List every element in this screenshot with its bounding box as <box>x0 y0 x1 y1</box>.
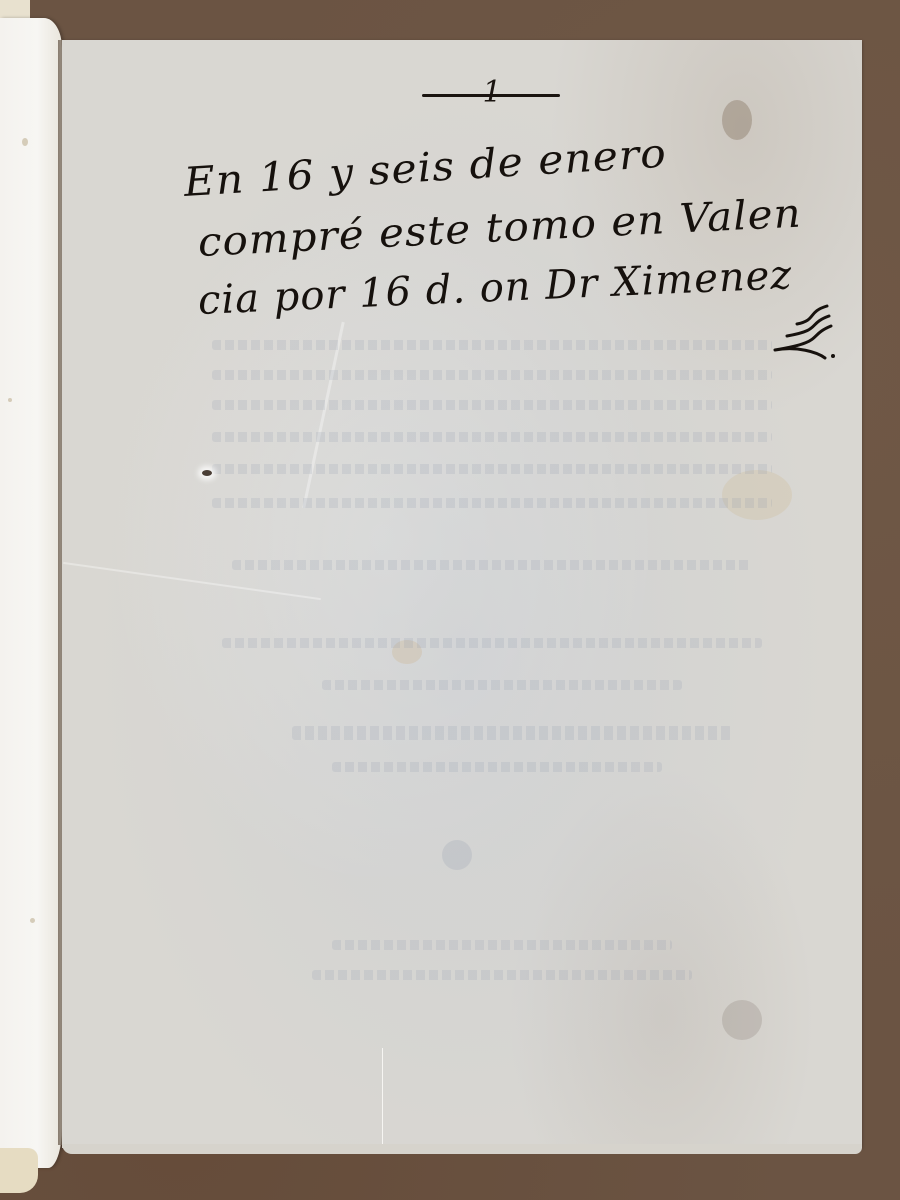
handwritten-line-1: En 16 y seis de enero <box>183 131 668 206</box>
left-page-edge <box>0 18 62 1168</box>
show-through-print-line <box>212 464 772 474</box>
show-through-print-line <box>322 680 682 690</box>
foxing-spot <box>22 138 28 146</box>
foxing-spot <box>30 918 35 923</box>
handwritten-line-3: cia por 16 d. on Dr Ximenez <box>197 252 793 324</box>
folio-number: 1 <box>422 78 562 108</box>
show-through-print-line <box>212 498 772 508</box>
stain <box>722 100 752 140</box>
show-through-print-line <box>212 432 772 442</box>
show-through-print-line <box>232 560 752 570</box>
signature-flourish-icon <box>767 302 837 362</box>
show-through-print-line <box>222 638 762 648</box>
show-through-print-line <box>312 970 692 980</box>
foxing-spot <box>8 398 12 402</box>
show-through-print-line <box>332 940 672 950</box>
show-through-print-line <box>212 340 772 350</box>
stain <box>722 470 792 520</box>
stain <box>722 1000 762 1040</box>
folio-rule <box>422 94 560 97</box>
left-page-corner-bottom <box>0 1148 38 1193</box>
pinhole <box>202 470 212 476</box>
stain <box>442 840 472 870</box>
show-through-print-line <box>332 762 662 772</box>
show-through-print-line <box>212 370 772 380</box>
paper-tear <box>382 1048 383 1148</box>
show-through-print-line <box>292 726 732 740</box>
show-through-print-line <box>212 400 772 410</box>
book-page: 1 En 16 y seis de enero compré este tomo… <box>62 40 862 1148</box>
